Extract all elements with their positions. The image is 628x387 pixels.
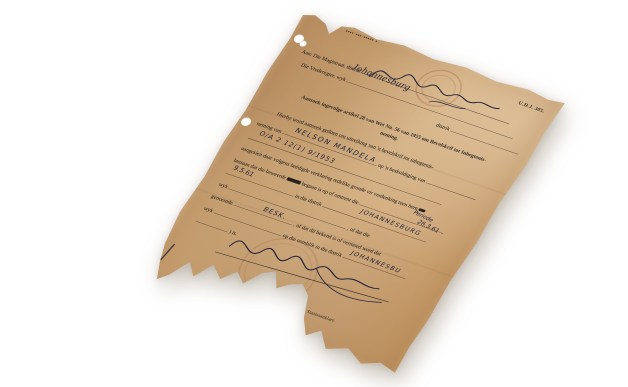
- body7-post: , of dat die: [346, 226, 371, 238]
- punch-hole: [298, 40, 308, 48]
- handwritten-scrawl: [359, 48, 517, 131]
- paper-shadow: ·▪▪▪▪·▪▪▪·▪▪▪▪▪ ▪ U.D.J. 305. Aan: Die M…: [0, 0, 628, 387]
- signature-caption: Staatsaanklaer.: [305, 309, 336, 323]
- punch-hole: [239, 116, 253, 127]
- body8-label: genoemde: [210, 194, 234, 206]
- form-number: U.D.J. 305.: [517, 100, 546, 114]
- printer-imprint: ·▪▪▪▪·▪▪▪·▪▪▪▪▪ ▪: [343, 28, 379, 43]
- ink-redaction: [286, 177, 302, 185]
- document-photo: ·▪▪▪▪·▪▪▪·▪▪▪▪▪ ▪ U.D.J. 305. Aan: Die M…: [0, 0, 628, 387]
- district-label: distrik: [435, 123, 451, 132]
- warrant-application-form: ·▪▪▪▪·▪▪▪·▪▪▪▪▪ ▪ U.D.J. 305. Aan: Die M…: [134, 10, 568, 376]
- body6-post: in die distrik: [294, 193, 323, 207]
- handwritten-margin-mark: [160, 244, 175, 261]
